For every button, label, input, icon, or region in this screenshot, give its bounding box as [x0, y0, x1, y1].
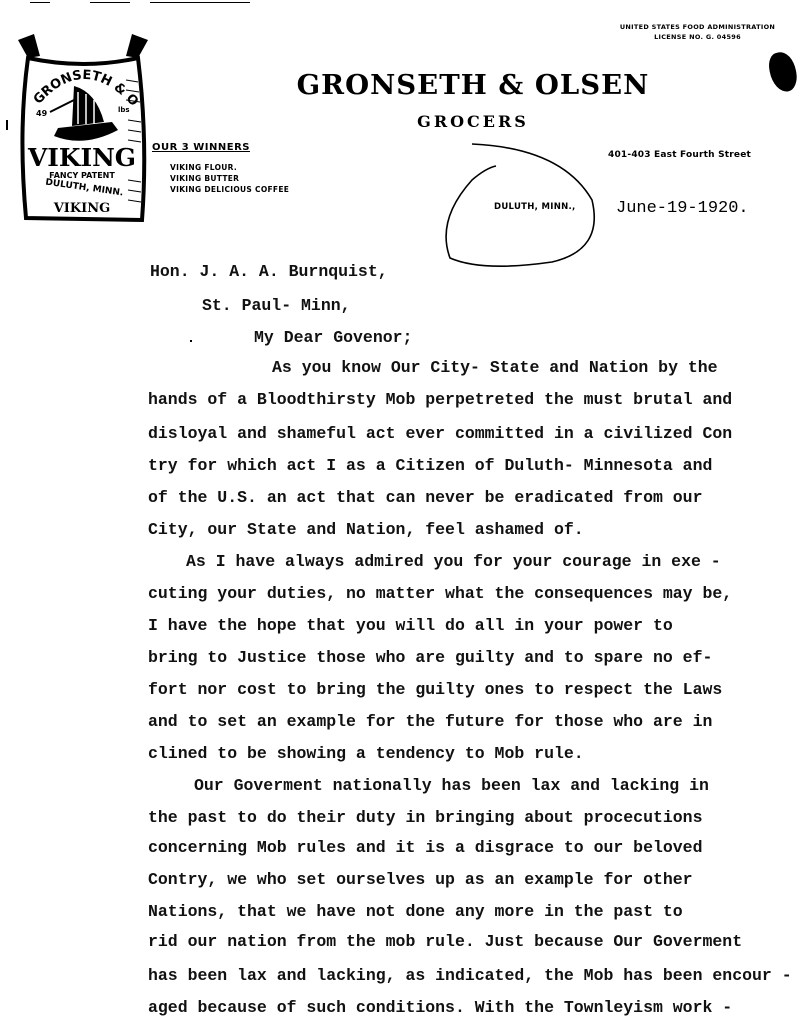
scan-speck — [6, 120, 8, 130]
body-line: bring to Justice those who are guilty an… — [148, 648, 712, 667]
letter-date: June-19-1920. — [616, 199, 749, 218]
body-line: has been lax and lacking, as indicated, … — [148, 966, 792, 985]
license-line-2: LICENSE NO. G. 04596 — [600, 32, 795, 42]
scan-speck — [90, 2, 130, 3]
body-line: of the U.S. an act that can never be era… — [148, 488, 703, 507]
body-line: try for which act I as a Citizen of Dulu… — [148, 456, 712, 475]
body-line: fort nor cost to bring the guilty ones t… — [148, 680, 722, 699]
body-line: I have the hope that you will do all in … — [148, 616, 673, 635]
winner-item: VIKING FLOUR. — [170, 162, 289, 173]
body-line: Nations, that we have not done any more … — [148, 902, 683, 921]
logo-brand: VIKING — [27, 143, 136, 172]
scan-speck — [190, 340, 192, 342]
body-line: Contry, we who set ourselves up as an ex… — [148, 870, 693, 889]
body-line: As you know Our City- State and Nation b… — [272, 358, 718, 377]
winner-item: VIKING BUTTER — [170, 173, 289, 184]
body-line: rid our nation from the mob rule. Just b… — [148, 932, 742, 951]
winners-title: OUR 3 WINNERS — [152, 142, 250, 153]
body-line: aged because of such conditions. With th… — [148, 998, 732, 1017]
scan-speck — [150, 2, 250, 3]
street-address: 401-403 East Fourth Street — [608, 150, 751, 160]
body-line: Our Goverment nationally has been lax an… — [194, 776, 709, 795]
winners-list: VIKING FLOUR. VIKING BUTTER VIKING DELIC… — [170, 162, 289, 195]
body-line: cuting your duties, no matter what the c… — [148, 584, 732, 603]
body-line: City, our State and Nation, feel ashamed… — [148, 520, 584, 539]
logo-weight-right: lbs — [118, 106, 130, 114]
body-line: disloyal and shameful act ever committed… — [148, 424, 732, 443]
recipient-address: St. Paul- Minn, — [202, 296, 351, 315]
viking-flour-sack-logo: GRONSETH & OLSEN 49 lbs VIKING FANCY PAT… — [14, 30, 150, 226]
company-name: GRONSETH & OLSEN — [264, 70, 682, 101]
ink-smudge — [767, 50, 800, 94]
scan-speck — [30, 2, 50, 3]
body-line: concerning Mob rules and it is a disgrac… — [148, 838, 703, 857]
salutation: My Dear Govenor; — [254, 328, 412, 347]
license-line-1: UNITED STATES FOOD ADMINISTRATION — [600, 22, 795, 32]
body-line: and to set an example for the future for… — [148, 712, 712, 731]
company-subtitle: GROCERS — [390, 112, 556, 131]
winner-item: VIKING DELICIOUS COFFEE — [170, 184, 289, 195]
body-line: As I have always admired you for your co… — [186, 552, 721, 571]
body-line: clined to be showing a tendency to Mob r… — [148, 744, 584, 763]
license-notice: UNITED STATES FOOD ADMINISTRATION LICENS… — [600, 22, 795, 42]
body-line: the past to do their duty in bringing ab… — [148, 808, 703, 827]
logo-bottom-brand: VIKING — [53, 201, 111, 216]
body-line: hands of a Bloodthirsty Mob perpetreted … — [148, 390, 732, 409]
logo-weight-left: 49 — [36, 109, 48, 118]
recipient-name: Hon. J. A. A. Burnquist, — [150, 262, 388, 281]
city-name: DULUTH, MINN., — [494, 202, 576, 212]
